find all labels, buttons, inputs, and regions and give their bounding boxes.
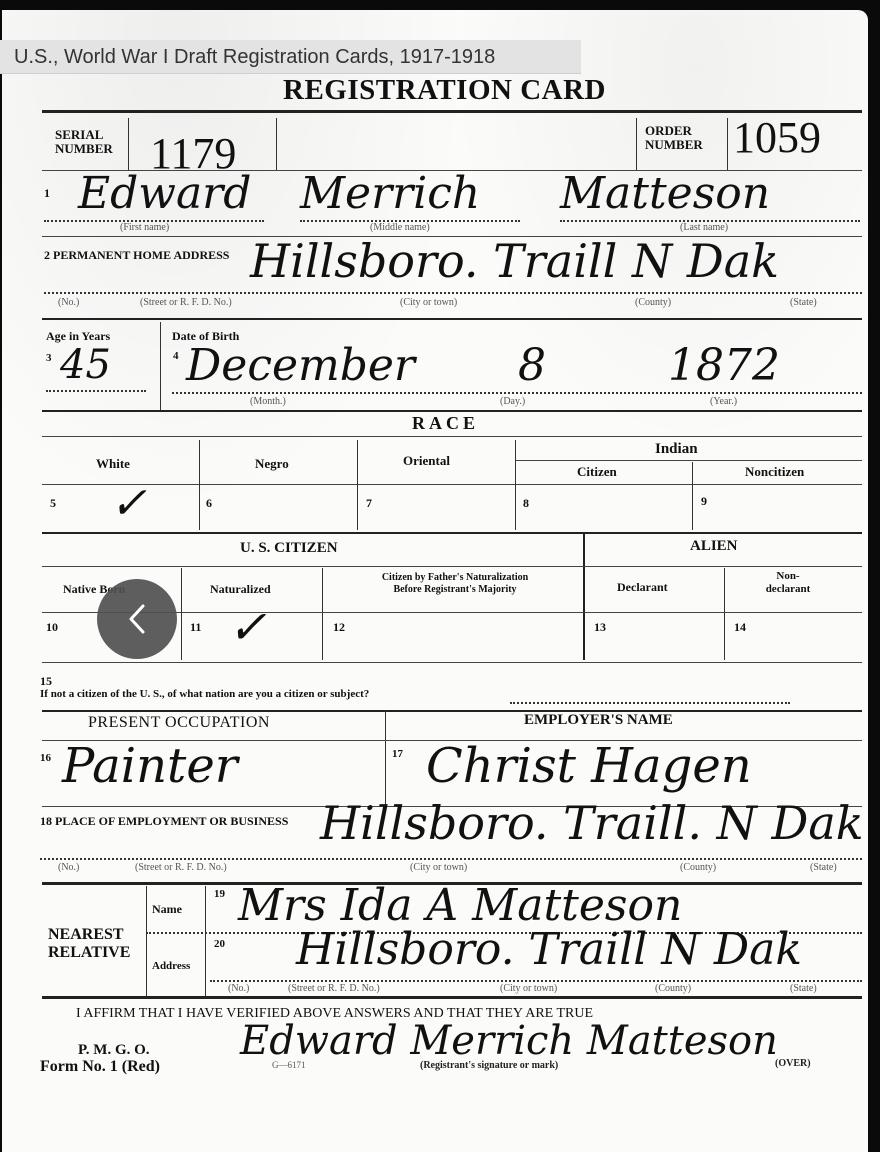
first-name-value: Edward <box>78 168 251 219</box>
serial-label: SERIAL NUMBER <box>55 128 113 156</box>
non-declarant-label-line2: declarant <box>748 583 828 596</box>
birth-year-caption: (Year.) <box>710 396 737 407</box>
field-number: 5 <box>50 496 56 511</box>
divider <box>160 322 161 412</box>
race-oriental-label: Oriental <box>403 453 450 469</box>
divider <box>199 440 200 530</box>
field-number: 17 <box>392 748 403 760</box>
order-number: 1059 <box>733 112 821 163</box>
employment-place-label: 18 PLACE OF EMPLOYMENT OR BUSINESS <box>40 814 288 829</box>
nearest-relative-heading-line1: NEAREST <box>48 926 130 944</box>
divider <box>724 568 725 660</box>
divider <box>42 436 862 437</box>
employment-caption-no: (No.) <box>58 862 79 873</box>
order-label-line2: NUMBER <box>645 138 703 152</box>
serial-label-line1: SERIAL <box>55 128 113 142</box>
first-name-caption: (First name) <box>120 222 169 233</box>
last-name-value: Matteson <box>560 168 770 219</box>
signature-caption: (Registrant's signature or mark) <box>420 1060 558 1071</box>
field-number: 8 <box>523 496 529 511</box>
field-number: 10 <box>46 620 58 635</box>
naturalized-checkmark: ✓ <box>228 600 267 654</box>
relative-caption-state: (State) <box>790 983 817 994</box>
by-father-label-line1: Citizen by Father's Naturalization <box>330 572 580 584</box>
divider <box>42 662 862 663</box>
employment-caption-city: (City or town) <box>410 862 467 873</box>
employment-caption-county: (County) <box>680 862 716 873</box>
divider <box>205 886 206 996</box>
race-white-label: White <box>96 456 130 472</box>
collection-title: U.S., World War I Draft Registration Car… <box>0 40 581 74</box>
by-father-label: Citizen by Father's Naturalization Befor… <box>330 572 580 596</box>
home-address-value: Hillsboro. Traill N Dak <box>250 234 779 288</box>
non-declarant-label-line1: Non- <box>748 570 828 583</box>
divider <box>40 858 862 860</box>
field-number: 12 <box>333 620 345 635</box>
address-caption-city: (City or town) <box>400 297 457 308</box>
print-code: G—6171 <box>272 1060 306 1070</box>
employer-heading: EMPLOYER'S NAME <box>524 712 673 729</box>
race-indian-noncitizen-label: Noncitizen <box>745 464 804 480</box>
middle-name-value: Merrich <box>300 168 480 219</box>
employment-place-value: Hillsboro. Traill. N Dak <box>320 796 864 850</box>
relative-address-label: Address <box>152 960 190 972</box>
divider <box>516 460 862 461</box>
order-label: ORDER NUMBER <box>645 124 703 152</box>
field-number: 20 <box>214 938 225 950</box>
field-number: 14 <box>734 620 746 635</box>
divider <box>515 440 516 530</box>
field-number: 6 <box>206 496 212 511</box>
last-name-caption: (Last name) <box>680 222 728 233</box>
field-number: 4 <box>173 350 179 362</box>
divider <box>146 886 147 996</box>
nearest-relative-heading-line2: RELATIVE <box>48 944 130 962</box>
field-number: 3 <box>46 352 52 364</box>
divider <box>583 532 585 660</box>
registrant-signature: Edward Merrich Matteson <box>240 1018 778 1064</box>
divider <box>510 702 790 704</box>
divider <box>727 118 728 170</box>
address-caption-street: (Street or R. F. D. No.) <box>140 297 232 308</box>
relative-name-label: Name <box>152 902 182 917</box>
previous-image-button[interactable] <box>97 579 177 659</box>
declarant-label: Declarant <box>617 580 668 595</box>
divider <box>692 462 693 530</box>
birth-month-caption: (Month.) <box>250 396 286 407</box>
divider <box>210 980 862 982</box>
age-value: 45 <box>60 342 111 388</box>
divider <box>44 292 862 294</box>
by-father-label-line2: Before Registrant's Majority <box>330 584 580 596</box>
birth-month-value: December <box>186 340 415 391</box>
occupation-value: Painter <box>62 738 238 794</box>
chevron-left-icon <box>125 602 149 636</box>
nearest-relative-heading: NEAREST RELATIVE <box>48 926 130 962</box>
order-label-line1: ORDER <box>645 124 703 138</box>
divider <box>42 532 862 534</box>
divider <box>46 390 146 392</box>
address-caption-no: (No.) <box>58 297 79 308</box>
occupation-heading: PRESENT OCCUPATION <box>88 714 270 732</box>
field-number: 1 <box>44 186 50 201</box>
non-declarant-label: Non- declarant <box>748 570 828 596</box>
alien-heading: ALIEN <box>690 538 738 555</box>
relative-address-value: Hillsboro. Traill N Dak <box>296 924 802 975</box>
form-id-number: Form No. 1 (Red) <box>40 1058 160 1076</box>
over-note: (OVER) <box>775 1058 811 1069</box>
divider <box>181 568 182 660</box>
field-number: 13 <box>594 620 606 635</box>
divider <box>322 568 323 660</box>
employment-caption-street: (Street or R. F. D. No.) <box>135 862 227 873</box>
race-white-checkmark: ✓ <box>110 478 147 529</box>
divider <box>636 118 637 170</box>
divider <box>42 996 862 999</box>
naturalized-label: Naturalized <box>210 582 271 597</box>
race-heading: RACE <box>412 413 479 434</box>
serial-label-line2: NUMBER <box>55 142 113 156</box>
middle-name-caption: (Middle name) <box>370 222 430 233</box>
field-number: 11 <box>190 620 201 635</box>
relative-caption-city: (City or town) <box>500 983 557 994</box>
card-heading: REGISTRATION CARD <box>283 74 606 107</box>
form-id-pmgo: P. M. G. O. <box>78 1042 150 1059</box>
divider <box>128 118 129 170</box>
divider <box>42 410 862 412</box>
race-indian-citizen-label: Citizen <box>577 464 617 480</box>
race-negro-label: Negro <box>255 456 289 472</box>
divider <box>385 710 386 806</box>
us-citizen-heading: U. S. CITIZEN <box>240 540 338 557</box>
divider <box>42 318 862 320</box>
employment-caption-state: (State) <box>810 862 837 873</box>
divider <box>42 484 862 485</box>
field-number: 19 <box>214 888 225 900</box>
field-number: 16 <box>40 752 51 764</box>
race-indian-label: Indian <box>655 441 698 458</box>
birth-day-caption: (Day.) <box>500 396 525 407</box>
birth-day-value: 8 <box>518 340 546 391</box>
divider <box>276 118 277 170</box>
field-number: 7 <box>366 496 372 511</box>
divider <box>42 566 862 567</box>
nationality-question: If not a citizen of the U. S., of what n… <box>40 688 369 700</box>
relative-caption-no: (No.) <box>228 983 249 994</box>
divider <box>42 710 862 712</box>
address-caption-state: (State) <box>790 297 817 308</box>
divider <box>172 392 862 394</box>
birth-year-value: 1872 <box>668 340 780 391</box>
relative-caption-street: (Street or R. F. D. No.) <box>288 983 380 994</box>
field-number: 9 <box>701 494 707 509</box>
field-number: 15 <box>40 674 52 689</box>
address-caption-county: (County) <box>635 297 671 308</box>
employer-value: Christ Hagen <box>426 738 752 794</box>
divider <box>357 440 358 530</box>
relative-caption-county: (County) <box>655 983 691 994</box>
home-address-label: 2 PERMANENT HOME ADDRESS <box>44 248 229 263</box>
